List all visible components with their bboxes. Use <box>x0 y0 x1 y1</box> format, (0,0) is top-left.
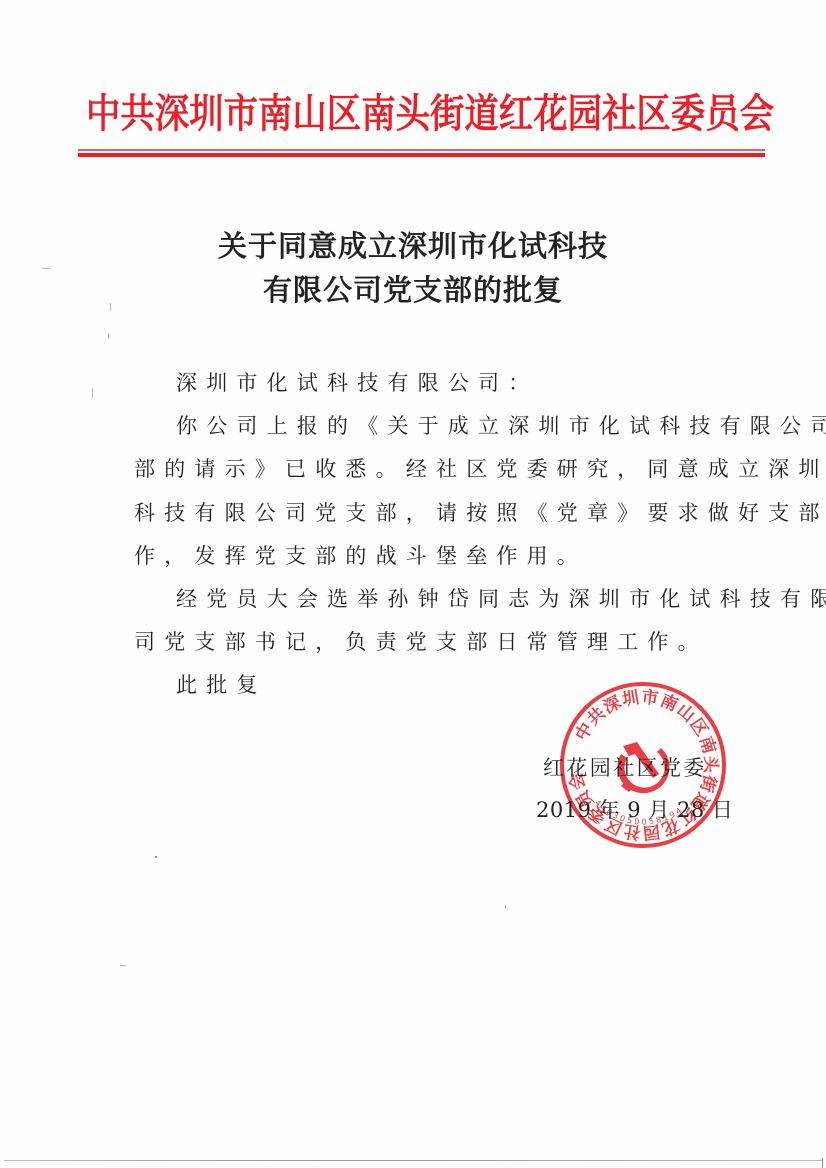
scan-speck <box>110 303 111 311</box>
scan-speck <box>120 965 126 966</box>
paragraph-1-line-1: 你公司上报的《关于成立深圳市化试科技有限公司党支 <box>134 405 714 448</box>
scan-speck <box>92 388 93 398</box>
masthead-rule-thin <box>78 149 765 151</box>
salutation: 深圳市化试科技有限公司： <box>134 362 714 405</box>
paragraph-1-line-3: 科技有限公司党支部，请按照《党章》要求做好支部管理工 <box>134 492 714 535</box>
masthead-rule-thick <box>78 153 765 157</box>
masthead-title: 中共深圳市南山区南头街道红花园社区委员会 <box>86 88 671 140</box>
scan-speck <box>505 905 506 909</box>
paragraph-2-line-2: 司党支部书记，负责党支部日常管理工作。 <box>134 621 714 664</box>
page-bottom-edge <box>4 1160 822 1161</box>
scan-speck <box>108 333 109 339</box>
scanned-document-page: 中共深圳市南山区南头街道红花园社区委员会 关于同意成立深圳市化试科技 有限公司党… <box>0 0 826 1168</box>
document-title-line-2: 有限公司党支部的批复 <box>0 268 826 309</box>
paragraph-1-line-4: 作，发挥党支部的战斗堡垒作用。 <box>134 535 714 578</box>
scan-speck <box>42 268 50 269</box>
page-corner-edge <box>822 1158 823 1168</box>
signature-organization: 红花园社区党委 <box>543 752 707 782</box>
signature-date: 2019 年 9 月 28 日 <box>536 794 733 824</box>
paragraph-1-line-2: 部的请示》已收悉。经社区党委研究，同意成立深圳市化试 <box>134 448 714 491</box>
document-body: 深圳市化试科技有限公司： 你公司上报的《关于成立深圳市化试科技有限公司党支 部的… <box>134 362 714 708</box>
scan-speck <box>155 856 157 858</box>
document-title-line-1: 关于同意成立深圳市化试科技 <box>0 224 826 265</box>
paragraph-2-line-1: 经党员大会选举孙钟岱同志为深圳市化试科技有限公 <box>134 578 714 621</box>
